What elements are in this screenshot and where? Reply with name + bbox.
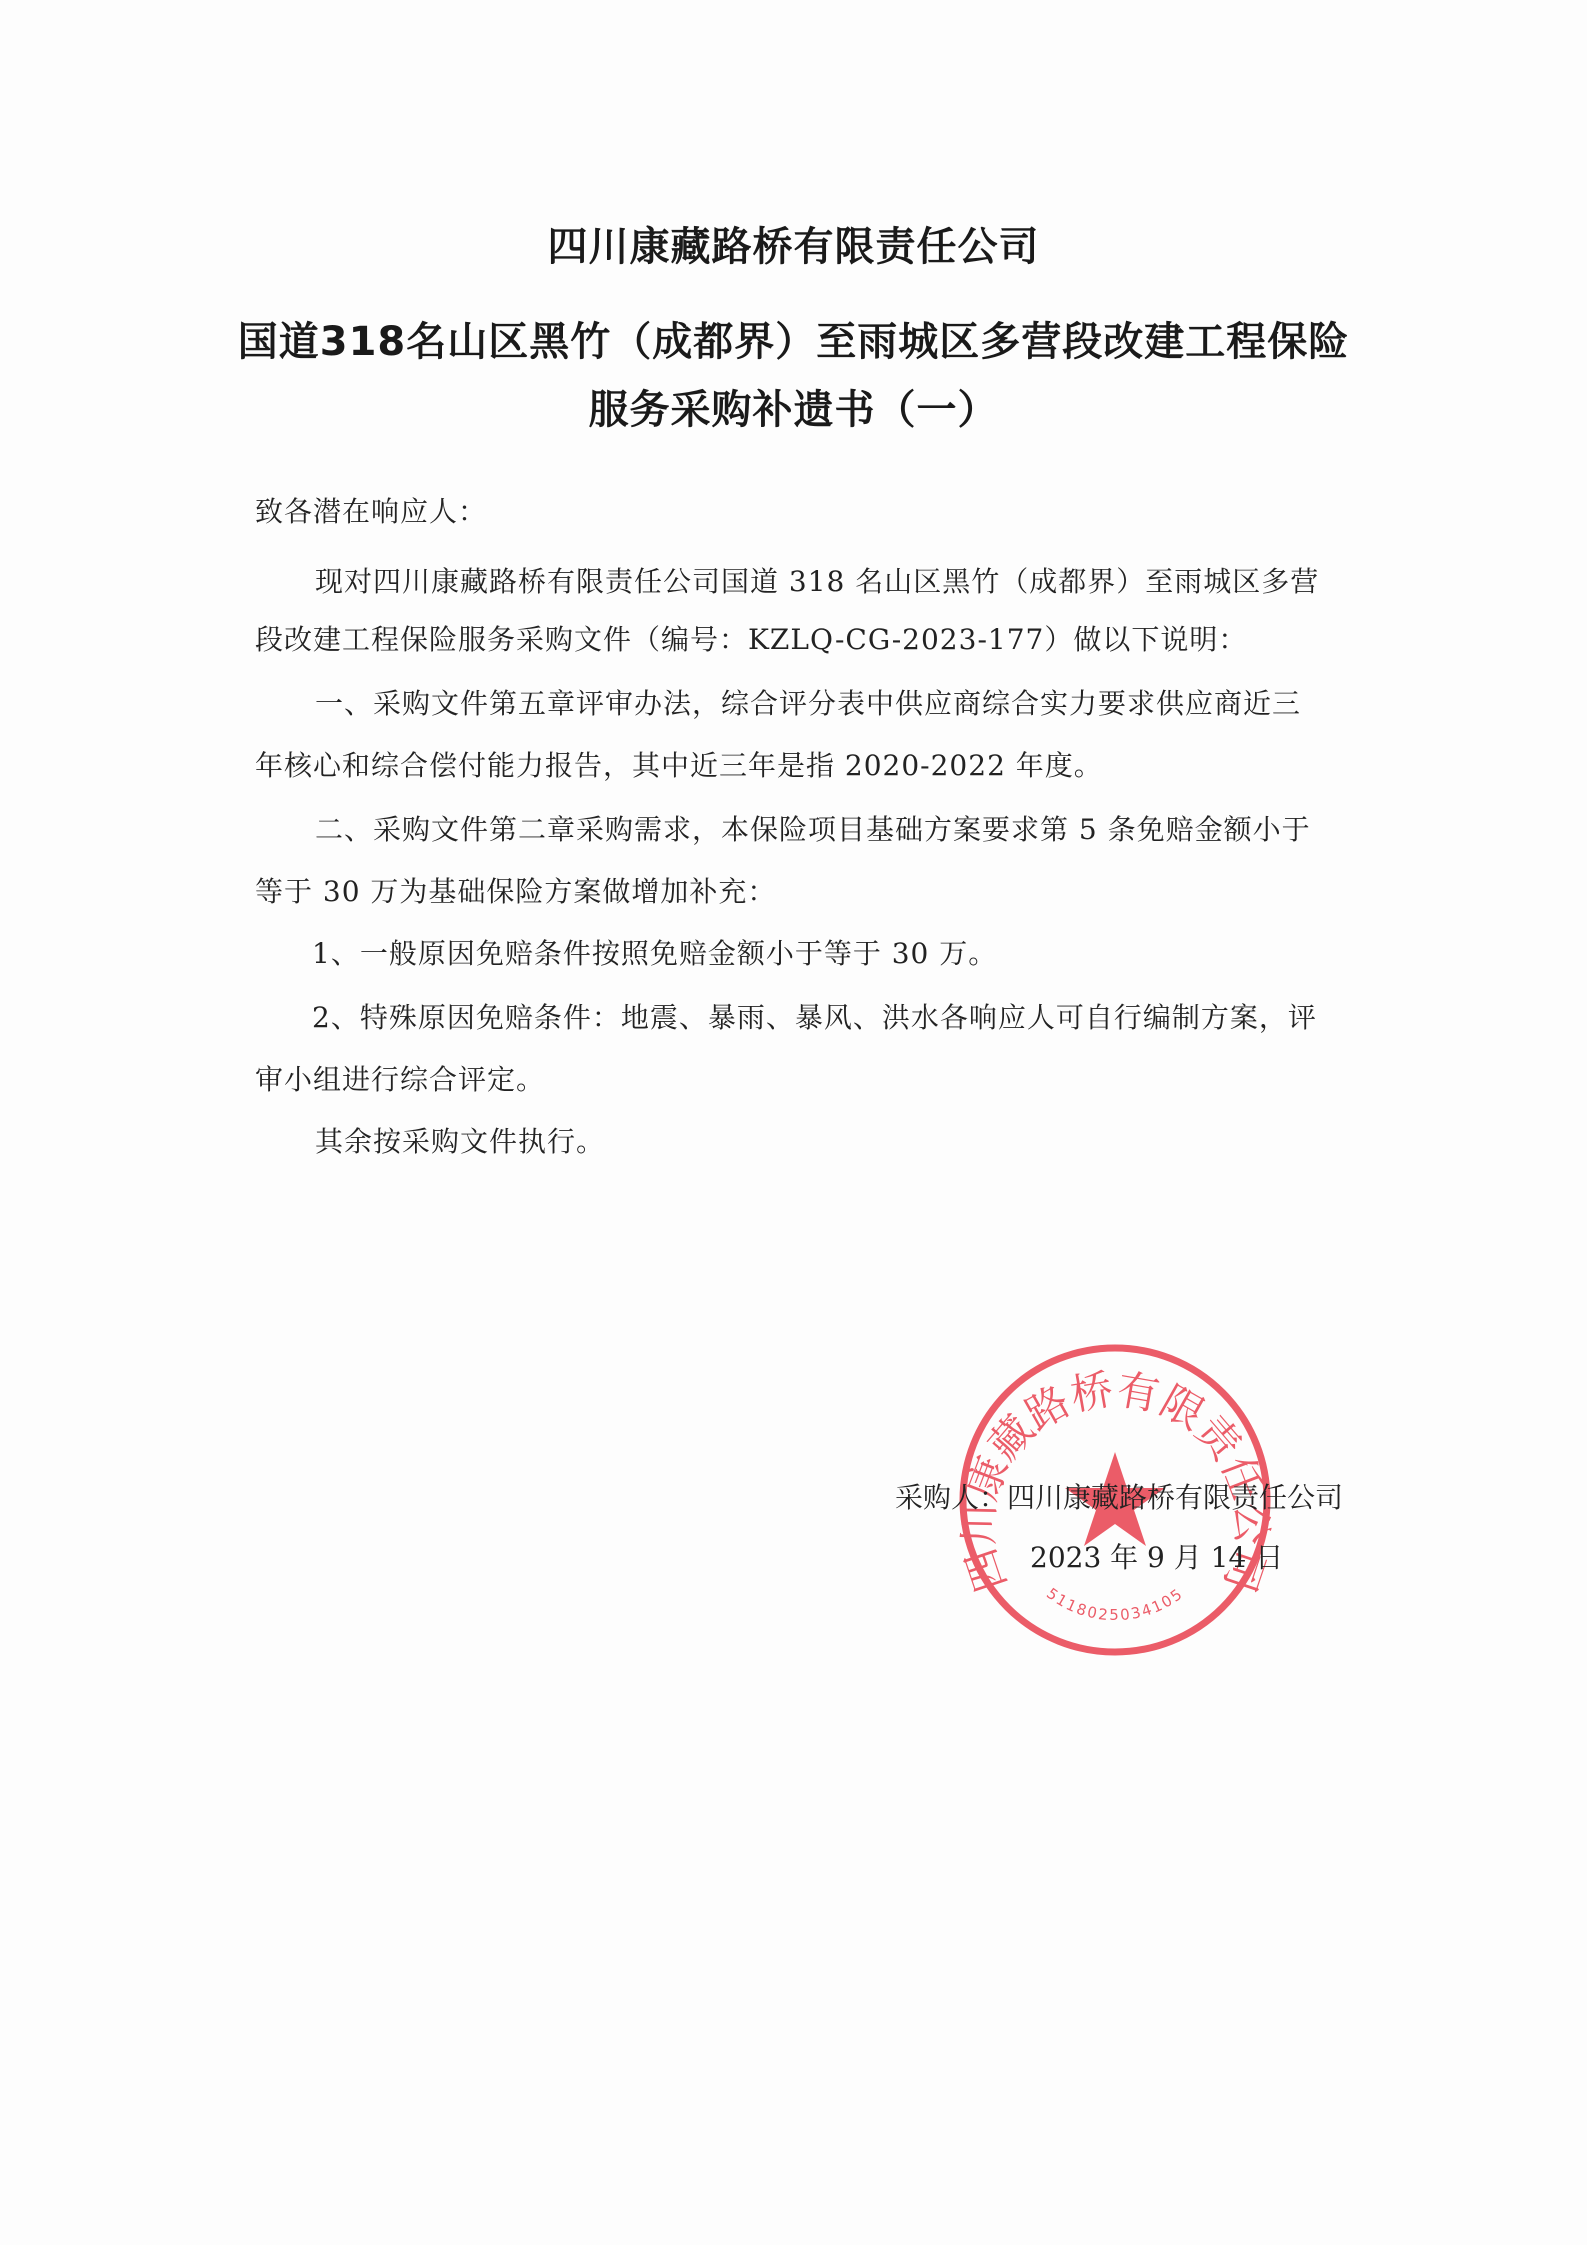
- document-page: 四川康藏路桥有限责任公司 国道318名山区黑竹（成都界）至雨城区多营段改建工程保…: [0, 0, 1587, 2245]
- svg-text:5118025034105: 5118025034105: [1043, 1584, 1187, 1624]
- body-line: 二、采购文件第二章采购需求，本保险项目基础方案要求第 5 条免赔金额小于: [315, 808, 1311, 848]
- body-line: 段改建工程保险服务采购文件（编号：KZLQ-CG-2023-177）做以下说明：: [255, 618, 1247, 658]
- company-title: 四川康藏路桥有限责任公司: [0, 215, 1587, 272]
- signature-date: 2023 年 9 月 14 日: [1030, 1536, 1283, 1576]
- body-line: 审小组进行综合评定。: [255, 1058, 545, 1098]
- body-line: 一、采购文件第五章评审办法，综合评分表中供应商综合实力要求供应商近三: [315, 682, 1301, 722]
- project-title: 国道318名山区黑竹（成都界）至雨城区多营段改建工程保险: [0, 310, 1587, 367]
- body-line: 2、特殊原因免赔条件：地震、暴雨、暴风、洪水各响应人可自行编制方案，评: [312, 996, 1317, 1036]
- purchaser-signature: 采购人：四川康藏路桥有限责任公司: [895, 1476, 1343, 1516]
- body-line: 等于 30 万为基础保险方案做增加补充：: [255, 870, 776, 910]
- salutation: 致各潜在响应人：: [255, 490, 487, 530]
- body-line: 其余按采购文件执行。: [315, 1120, 605, 1160]
- body-line: 年核心和综合偿付能力报告，其中近三年是指 2020-2022 年度。: [255, 744, 1103, 784]
- body-line: 1、一般原因免赔条件按照免赔金额小于等于 30 万。: [312, 932, 997, 972]
- body-line: 现对四川康藏路桥有限责任公司国道 318 名山区黑竹（成都界）至雨城区多营: [315, 560, 1319, 600]
- document-subtitle: 服务采购补遗书（一）: [0, 378, 1587, 435]
